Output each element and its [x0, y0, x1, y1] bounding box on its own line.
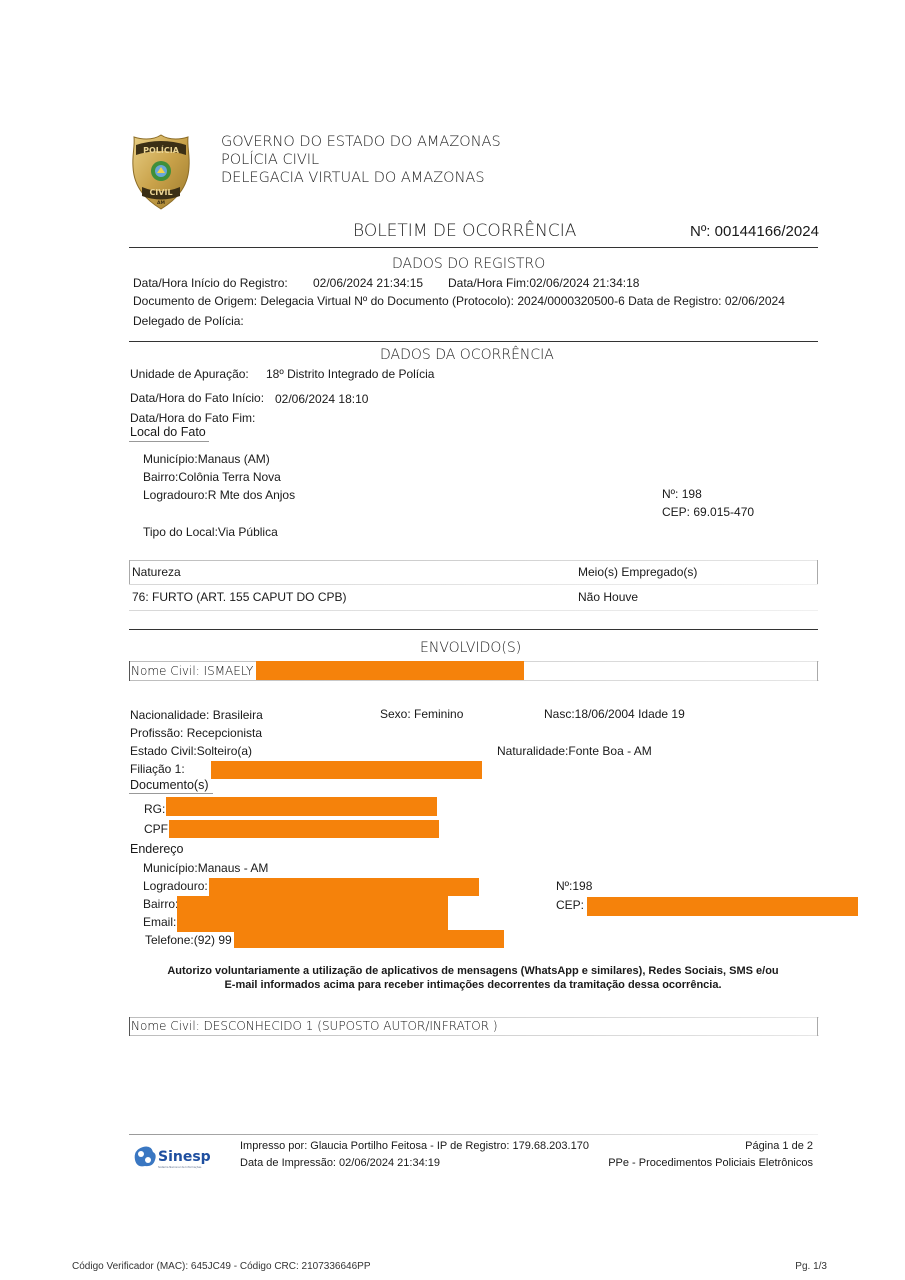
table-bottom-border — [129, 610, 818, 611]
name-box-right — [817, 1017, 818, 1036]
local-numero: Nº: 198 — [662, 487, 702, 501]
registro-inicio-label: Data/Hora Início do Registro: — [133, 276, 288, 290]
footer-data-impressao: Data de Impressão: 02/06/2024 21:34:19 — [240, 1157, 440, 1169]
person-1-email-label: Email: — [143, 915, 176, 929]
documentos-heading-underline — [129, 793, 213, 794]
person-1-naturalidade: Naturalidade:Fonte Boa - AM — [497, 744, 652, 758]
redaction-block — [234, 930, 504, 948]
table-left-border — [129, 560, 130, 584]
redaction-block — [209, 878, 479, 896]
redaction-block — [211, 761, 482, 779]
consent-line-1: Autorizo voluntariamente a utilização de… — [0, 965, 905, 977]
name-box-left — [129, 661, 130, 681]
registro-fim: Data/Hora Fim:02/06/2024 21:34:18 — [448, 276, 639, 290]
person-1-cpf-label: CPF: — [144, 822, 171, 836]
documentos-heading: Documento(s) — [130, 778, 209, 792]
fato-fim-label: Data/Hora do Fato Fim: — [130, 411, 255, 425]
document-title: BOLETIM DE OCORRÊNCIA — [353, 221, 576, 241]
svg-text:POLÍCIA: POLÍCIA — [143, 144, 180, 155]
redaction-block — [166, 797, 437, 816]
person-1-logradouro-label: Logradouro: — [143, 879, 208, 893]
local-municipio: Município:Manaus (AM) — [143, 452, 270, 466]
name-box-right — [817, 661, 818, 681]
name-box-bottom — [129, 1035, 819, 1036]
name-box-bottom — [129, 680, 819, 681]
section-heading-ocorrencia: DADOS DA OCORRÊNCIA — [380, 347, 554, 363]
footer-sistema: PPe - Procedimentos Policiais Eletrônico… — [608, 1157, 813, 1169]
table-header-natureza: Natureza — [132, 565, 181, 579]
table-cell-natureza: 76: FURTO (ART. 155 CAPUT DO CPB) — [132, 590, 347, 604]
police-badge-logo: POLÍCIA CIVIL AM — [130, 133, 192, 211]
name-box-top — [129, 1017, 819, 1018]
person-1-sexo: Sexo: Feminino — [380, 707, 463, 721]
local-heading: Local do Fato — [130, 425, 206, 439]
table-top-border — [129, 560, 818, 561]
document-number: Nº: 00144166/2024 — [690, 223, 819, 240]
svg-text:Sistema Nacional de Informaçõe: Sistema Nacional de Informações — [158, 1165, 202, 1169]
table-header-divider — [129, 584, 818, 585]
registro-inicio-value: 02/06/2024 21:34:15 — [313, 276, 423, 290]
footer-impresso-por: Impresso por: Glaucia Portilho Feitosa -… — [240, 1140, 589, 1152]
table-header-meios: Meio(s) Empregado(s) — [578, 565, 697, 579]
person-1-nacionalidade: Nacionalidade: Brasileira — [130, 708, 263, 722]
section-heading-envolvidos: ENVOLVIDO(S) — [420, 640, 521, 656]
person-1-rg-label: RG: — [144, 802, 165, 816]
sinesp-logo: Sinesp Sistema Nacional de Informações — [131, 1142, 223, 1172]
header-delegacia: DELEGACIA VIRTUAL DO AMAZONAS — [221, 169, 485, 187]
person-1-cep-label: CEP: — [556, 898, 584, 912]
unidade-value: 18º Distrito Integrado de Polícia — [266, 367, 434, 381]
table-cell-meios: Não Houve — [578, 590, 638, 604]
person-1-name: Nome Civil: ISMAELY — [131, 664, 253, 678]
name-box-left — [129, 1017, 130, 1036]
person-1-municipio: Município:Manaus - AM — [143, 861, 268, 875]
svg-text:AM: AM — [157, 200, 165, 206]
redaction-block — [256, 661, 524, 680]
page-indicator: Pg. 1/3 — [795, 1261, 827, 1272]
endereco-heading: Endereço — [130, 842, 184, 856]
local-bairro: Bairro:Colônia Terra Nova — [143, 470, 281, 484]
header-government: GOVERNO DO ESTADO DO AMAZONAS — [221, 133, 501, 151]
header-police: POLÍCIA CIVIL — [221, 151, 319, 169]
person-1-estado-civil: Estado Civil:Solteiro(a) — [130, 744, 252, 758]
redaction-block — [169, 820, 439, 838]
person-1-telefone-label: Telefone:(92) 99 — [145, 933, 232, 947]
svg-text:Sinesp: Sinesp — [158, 1149, 211, 1165]
unidade-label: Unidade de Apuração: — [130, 367, 249, 381]
consent-line-2: E-mail informados acima para receber int… — [0, 979, 905, 991]
section-heading-registro: DADOS DO REGISTRO — [392, 256, 545, 272]
title-divider — [129, 247, 818, 248]
local-tipo: Tipo do Local:Via Pública — [143, 525, 278, 539]
local-cep: CEP: 69.015-470 — [662, 505, 754, 519]
person-2-name: Nome Civil: DESCONHECIDO 1 (SUPOSTO AUTO… — [131, 1019, 498, 1033]
person-1-filiacao-label: Filiação 1: — [130, 762, 185, 776]
local-logradouro: Logradouro:R Mte dos Anjos — [143, 488, 295, 502]
registro-divider — [129, 341, 818, 342]
person-1-nasc: Nasc:18/06/2004 Idade 19 — [544, 707, 685, 721]
svg-text:CIVIL: CIVIL — [149, 188, 172, 197]
fato-inicio-value: 02/06/2024 18:10 — [275, 392, 368, 406]
registro-documento-origem: Documento de Origem: Delegacia Virtual N… — [133, 294, 785, 308]
local-heading-underline — [129, 441, 209, 442]
registro-delegado: Delegado de Polícia: — [133, 314, 244, 328]
footer-pagina: Página 1 de 2 — [745, 1140, 813, 1152]
table-right-border — [817, 560, 818, 584]
person-1-profissao: Profissão: Recepcionista — [130, 726, 262, 740]
fato-inicio-label: Data/Hora do Fato Início: — [130, 391, 264, 405]
ocorrencia-divider — [129, 629, 818, 630]
redaction-block — [587, 897, 858, 916]
person-1-bairro-label: Bairro: — [143, 897, 178, 911]
redaction-block — [177, 896, 448, 932]
person-1-numero: Nº:198 — [556, 879, 592, 893]
footer-divider — [129, 1134, 818, 1135]
verification-code: Código Verificador (MAC): 645JC49 - Códi… — [72, 1261, 371, 1272]
